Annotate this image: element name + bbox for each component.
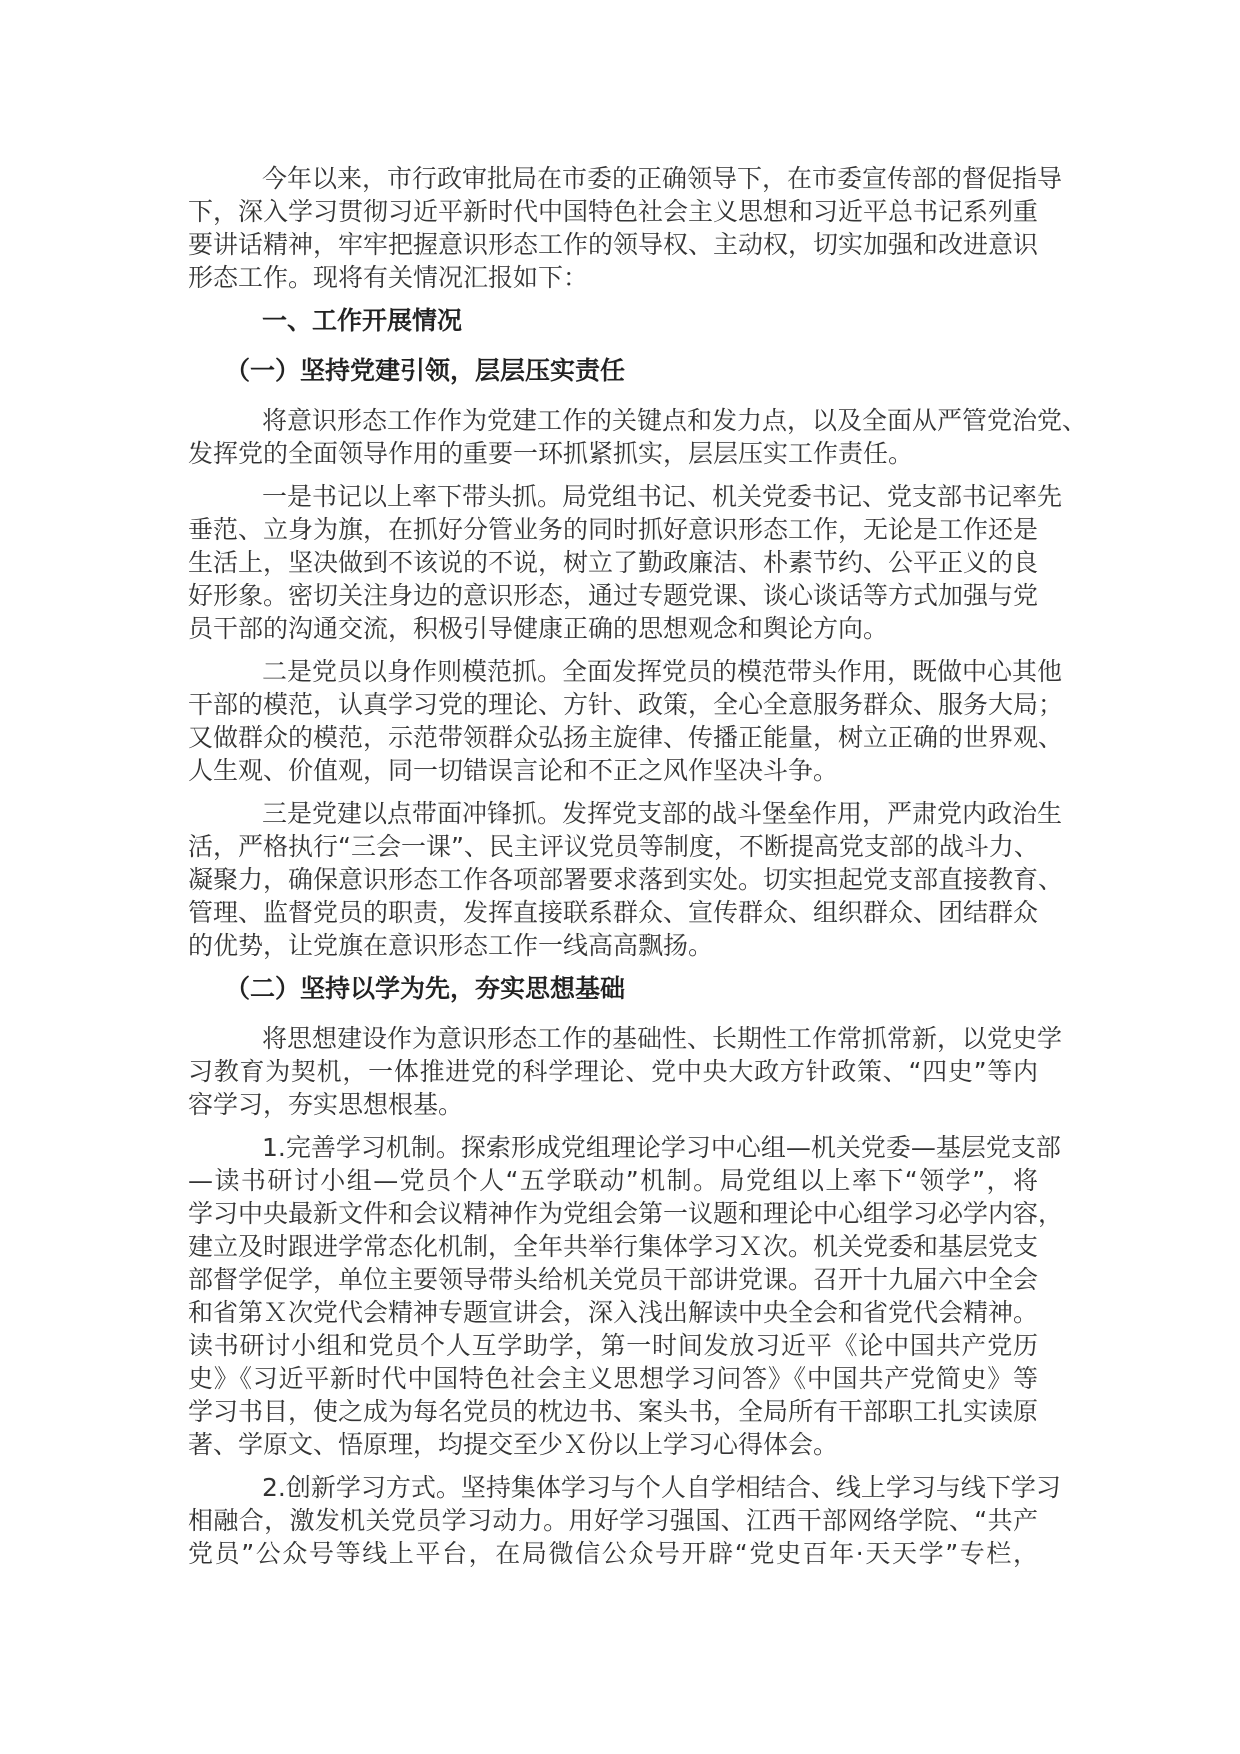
heading-text: （一）坚持党建引领，层层压实责任 bbox=[225, 354, 1038, 387]
text-line: 党员”公众号等线上平台，在局微信公众号开辟“党史百年·天天学”专栏， bbox=[188, 1537, 1038, 1570]
text-line: 发挥党的全面领导作用的重要一环抓紧抓实，层层压实工作责任。 bbox=[188, 437, 1038, 470]
text-line: 二是党员以身作则模范抓。全面发挥党员的模范带头作用，既做中心其他 bbox=[188, 655, 1038, 688]
text-line: 学习中央最新文件和会议精神作为党组会第一议题和理论中心组学习必学内容， bbox=[188, 1197, 1038, 1230]
paragraph: 将思想建设作为意识形态工作的基础性、长期性工作常抓常新，以党史学 习教育为契机，… bbox=[188, 1022, 1038, 1121]
text-line: 垂范、立身为旗，在抓好分管业务的同时抓好意识形态工作，无论是工作还是 bbox=[188, 513, 1038, 546]
text-line: 今年以来，市行政审批局在市委的正确领导下，在市委宣传部的督促指导 bbox=[188, 162, 1038, 195]
paragraph: 将意识形态工作作为党建工作的关键点和发力点，以及全面从严管党治党、 发挥党的全面… bbox=[188, 404, 1038, 470]
text-line: 将思想建设作为意识形态工作的基础性、长期性工作常抓常新，以党史学 bbox=[188, 1022, 1038, 1055]
text-line: 一是书记以上率下带头抓。局党组书记、机关党委书记、党支部书记率先 bbox=[188, 480, 1038, 513]
paragraph: 一是书记以上率下带头抓。局党组书记、机关党委书记、党支部书记率先 垂范、立身为旗… bbox=[188, 480, 1038, 645]
text-line: —读书研讨小组—党员个人“五学联动”机制。局党组以上率下“领学”，将 bbox=[188, 1164, 1038, 1197]
text-line: 凝聚力，确保意识形态工作各项部署要求落到实处。切实担起党支部直接教育、 bbox=[188, 863, 1038, 896]
intro-paragraph: 今年以来，市行政审批局在市委的正确领导下，在市委宣传部的督促指导 下，深入学习贯… bbox=[188, 162, 1038, 294]
text-line: 好形象。密切关注身边的意识形态，通过专题党课、谈心谈话等方式加强与党 bbox=[188, 579, 1038, 612]
text-line: 下，深入学习贯彻习近平新时代中国特色社会主义思想和习近平总书记系列重 bbox=[188, 195, 1038, 228]
text-line: 相融合，激发机关党员学习动力。用好学习强国、江西干部网络学院、“共产 bbox=[188, 1504, 1038, 1537]
text-line: 部督学促学，单位主要领导带头给机关党员干部讲党课。召开十九届六中全会 bbox=[188, 1263, 1038, 1296]
text-line: 三是党建以点带面冲锋抓。发挥党支部的战斗堡垒作用，严肃党内政治生 bbox=[188, 797, 1038, 830]
section-heading: 一、工作开展情况 bbox=[188, 304, 1038, 346]
subsection-heading: （一）坚持党建引领，层层压实责任 bbox=[188, 354, 1038, 394]
text-line: 著、学原文、悟原理，均提交至少Ｘ份以上学习心得体会。 bbox=[188, 1428, 1038, 1461]
text-line: 学习书目，使之成为每名党员的枕边书、案头书，全局所有干部职工扎实读原 bbox=[188, 1395, 1038, 1428]
paragraph: 二是党员以身作则模范抓。全面发挥党员的模范带头作用，既做中心其他 干部的模范，认… bbox=[188, 655, 1038, 787]
text-line: 将意识形态工作作为党建工作的关键点和发力点，以及全面从严管党治党、 bbox=[188, 404, 1038, 437]
text-line: 形态工作。现将有关情况汇报如下： bbox=[188, 261, 1038, 294]
text-line: 要讲话精神，牢牢把握意识形态工作的领导权、主动权，切实加强和改进意识 bbox=[188, 228, 1038, 261]
text-line: 管理、监督党员的职责，发挥直接联系群众、宣传群众、组织群众、团结群众 bbox=[188, 896, 1038, 929]
text-line: 2.创新学习方式。坚持集体学习与个人自学相结合、线上学习与线下学习 bbox=[188, 1471, 1038, 1504]
text-line: 的优势，让党旗在意识形态工作一线高高飘扬。 bbox=[188, 929, 1038, 962]
paragraph: 三是党建以点带面冲锋抓。发挥党支部的战斗堡垒作用，严肃党内政治生 活，严格执行“… bbox=[188, 797, 1038, 962]
text-line: 读书研讨小组和党员个人互学助学，第一时间发放习近平《论中国共产党历 bbox=[188, 1329, 1038, 1362]
text-line: 容学习，夯实思想根基。 bbox=[188, 1088, 1038, 1121]
text-line: 又做群众的模范，示范带领群众弘扬主旋律、传播正能量，树立正确的世界观、 bbox=[188, 721, 1038, 754]
text-line: 干部的模范，认真学习党的理论、方针、政策，全心全意服务群众、服务大局； bbox=[188, 688, 1038, 721]
text-line: 员干部的沟通交流，积极引导健康正确的思想观念和舆论方向。 bbox=[188, 612, 1038, 645]
paragraph: 2.创新学习方式。坚持集体学习与个人自学相结合、线上学习与线下学习 相融合，激发… bbox=[188, 1471, 1038, 1570]
text-line: 活，严格执行“三会一课”、民主评议党员等制度，不断提高党支部的战斗力、 bbox=[188, 830, 1038, 863]
text-line: 生活上，坚决做到不该说的不说，树立了勤政廉洁、朴素节约、公平正义的良 bbox=[188, 546, 1038, 579]
text-line: 人生观、价值观，同一切错误言论和不正之风作坚决斗争。 bbox=[188, 754, 1038, 787]
text-line: 史》《习近平新时代中国特色社会主义思想学习问答》《中国共产党简史》等 bbox=[188, 1362, 1038, 1395]
heading-text: 一、工作开展情况 bbox=[188, 304, 1038, 337]
text-line: 建立及时跟进学常态化机制，全年共举行集体学习Ｘ次。机关党委和基层党支 bbox=[188, 1230, 1038, 1263]
text-line: 习教育为契机，一体推进党的科学理论、党中央大政方针政策、“四史”等内 bbox=[188, 1055, 1038, 1088]
text-line: 1.完善学习机制。探索形成党组理论学习中心组—机关党委—基层党支部 bbox=[188, 1131, 1038, 1164]
document-page: 今年以来，市行政审批局在市委的正确领导下，在市委宣传部的督促指导 下，深入学习贯… bbox=[188, 162, 1038, 1580]
subsection-heading: （二）坚持以学为先，夯实思想基础 bbox=[188, 972, 1038, 1012]
heading-text: （二）坚持以学为先，夯实思想基础 bbox=[225, 972, 1038, 1005]
text-line: 和省第Ｘ次党代会精神专题宣讲会，深入浅出解读中央全会和省党代会精神。 bbox=[188, 1296, 1038, 1329]
paragraph: 1.完善学习机制。探索形成党组理论学习中心组—机关党委—基层党支部 —读书研讨小… bbox=[188, 1131, 1038, 1461]
